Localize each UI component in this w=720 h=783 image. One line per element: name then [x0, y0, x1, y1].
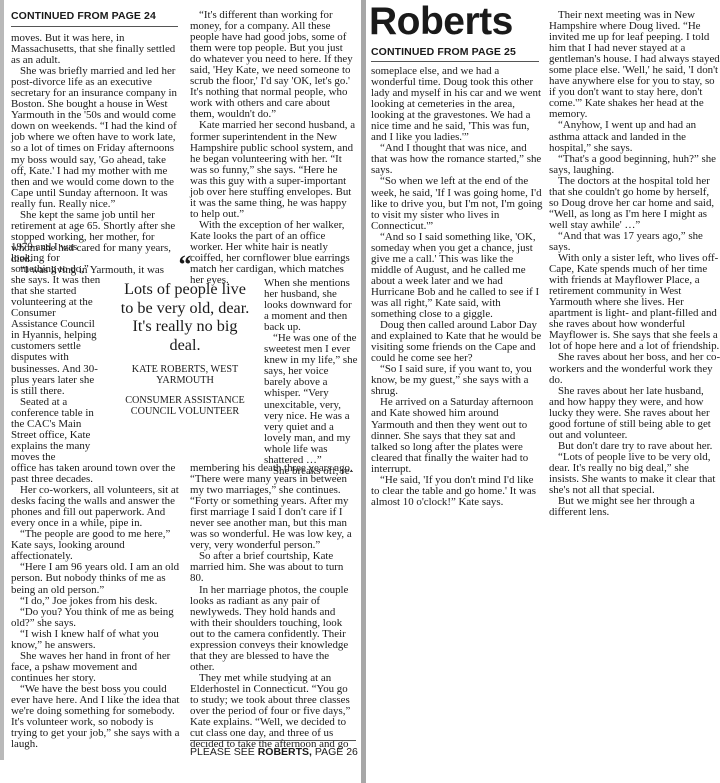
- left-column-2-wrap: When she mentions her husband, she looks…: [264, 278, 358, 477]
- jump-line-keyword: ROBERTS,: [258, 746, 312, 758]
- jump-line-suffix: PAGE 26: [312, 746, 358, 758]
- paragraph: membering his death three years ago. “Th…: [190, 463, 356, 551]
- paragraph: They met while studying at an Elderhoste…: [190, 673, 356, 750]
- paragraph: She raves about her boss, and her co-wor…: [549, 352, 720, 385]
- paragraph: With only a sister left, who lives off-C…: [549, 253, 720, 352]
- paragraph: “He said, 'If you don't mind I'd like to…: [371, 475, 543, 508]
- left-column-1-bottom: office has taken around town over the pa…: [11, 463, 181, 750]
- pull-quote-attribution: KATE ROBERTS, WEST YARMOUTH: [118, 364, 252, 386]
- paragraph: “So I said sure, if you want to, you kno…: [371, 364, 543, 397]
- paragraph: Seated at a conference table in the CAC'…: [11, 397, 104, 463]
- paragraph: So after a brief courtship, Kate married…: [190, 551, 356, 584]
- jump-line-prefix: PLEASE SEE: [190, 746, 258, 758]
- header-rule-right: [371, 61, 539, 62]
- right-column-1: someplace else, and we had a wonderful t…: [371, 66, 543, 508]
- paragraph: He arrived on a Saturday afternoon and K…: [371, 397, 543, 474]
- left-column-1: moves. But it was here, in Massachusetts…: [11, 33, 181, 276]
- paragraph: moves. But it was here, in Massachusetts…: [11, 33, 181, 66]
- paragraph: “And so I said something like, 'OK, some…: [371, 232, 543, 320]
- jump-line[interactable]: PLEASE SEE ROBERTS, PAGE 26: [190, 746, 358, 758]
- continued-from-label-right: CONTINUED FROM PAGE 25: [371, 46, 516, 58]
- pull-quote-text: Lots of people live to be very old, dear…: [118, 280, 252, 354]
- paragraph: “He was one of the sweetest men I ever k…: [264, 333, 358, 466]
- paragraph: Their next meeting was in New Hampshire …: [549, 10, 720, 120]
- paragraph: Kate married her second husband, a forme…: [190, 120, 356, 219]
- paragraph: “I wish I knew half of what you know,” h…: [11, 629, 181, 651]
- paragraph: “Here I am 96 years old. I am an old per…: [11, 562, 181, 595]
- paragraph: Doug then called around Labor Day and ex…: [371, 320, 543, 364]
- paragraph: office has taken around town over the pa…: [11, 463, 181, 485]
- continued-from-label-left: CONTINUED FROM PAGE 24: [11, 10, 156, 22]
- paragraph: “And that was 17 years ago,” she says.: [549, 231, 720, 253]
- paragraph: “Do you? You think of me as being old?” …: [11, 607, 181, 629]
- footer-rule: [190, 740, 356, 741]
- paragraph: She waves her hand in front of her face,…: [11, 651, 181, 684]
- header-rule-left: [11, 26, 178, 27]
- left-column-1-wrap: 1979 and I was looking for something to …: [11, 242, 104, 463]
- paragraph: But we might see her through a different…: [549, 496, 720, 518]
- paragraph: “We have the best boss you could ever ha…: [11, 684, 181, 750]
- paragraph: 1979 and I was looking for something to …: [11, 242, 104, 397]
- paragraph: “And I thought that was nice, and that w…: [371, 143, 543, 176]
- paragraph: “I do,” Joe jokes from his desk.: [11, 596, 181, 607]
- page-gutter: [361, 0, 366, 783]
- paragraph: “So when we left at the end of the week,…: [371, 176, 543, 231]
- paragraph: In her marriage photos, the couple looks…: [190, 585, 356, 673]
- paragraph: someplace else, and we had a wonderful t…: [371, 66, 543, 143]
- paragraph: When she mentions her husband, she looks…: [264, 278, 358, 333]
- headline: Roberts: [369, 0, 513, 44]
- paragraph: “It's different than working for money, …: [190, 10, 356, 120]
- paragraph: “The people are good to me here,” Kate s…: [11, 529, 181, 562]
- left-column-2: “It's different than working for money, …: [190, 10, 356, 286]
- pull-quote-role: CONSUMER ASSISTANCE COUNCIL VOLUNTEER: [118, 395, 252, 417]
- paragraph: The doctors at the hospital told her tha…: [549, 176, 720, 231]
- paragraph: She was briefly married and led her post…: [11, 66, 181, 210]
- paragraph: “Anyhow, I went up and had an asthma att…: [549, 120, 720, 153]
- page-edge-left: [0, 0, 4, 760]
- right-column-2: Their next meeting was in New Hampshire …: [549, 10, 720, 518]
- paragraph: She raves about her late husband, and ho…: [549, 386, 720, 441]
- paragraph: “That's a good beginning, huh?” she says…: [549, 154, 720, 176]
- paragraph: Her co-workers, all volunteers, sit at d…: [11, 485, 181, 529]
- left-column-2-bottom: membering his death three years ago. “Th…: [190, 463, 356, 750]
- pull-quote: “ Lots of people live to be very old, de…: [118, 256, 252, 417]
- paragraph: “Lots of people live to be very old, dea…: [549, 452, 720, 496]
- quote-mark-icon: “: [118, 256, 252, 272]
